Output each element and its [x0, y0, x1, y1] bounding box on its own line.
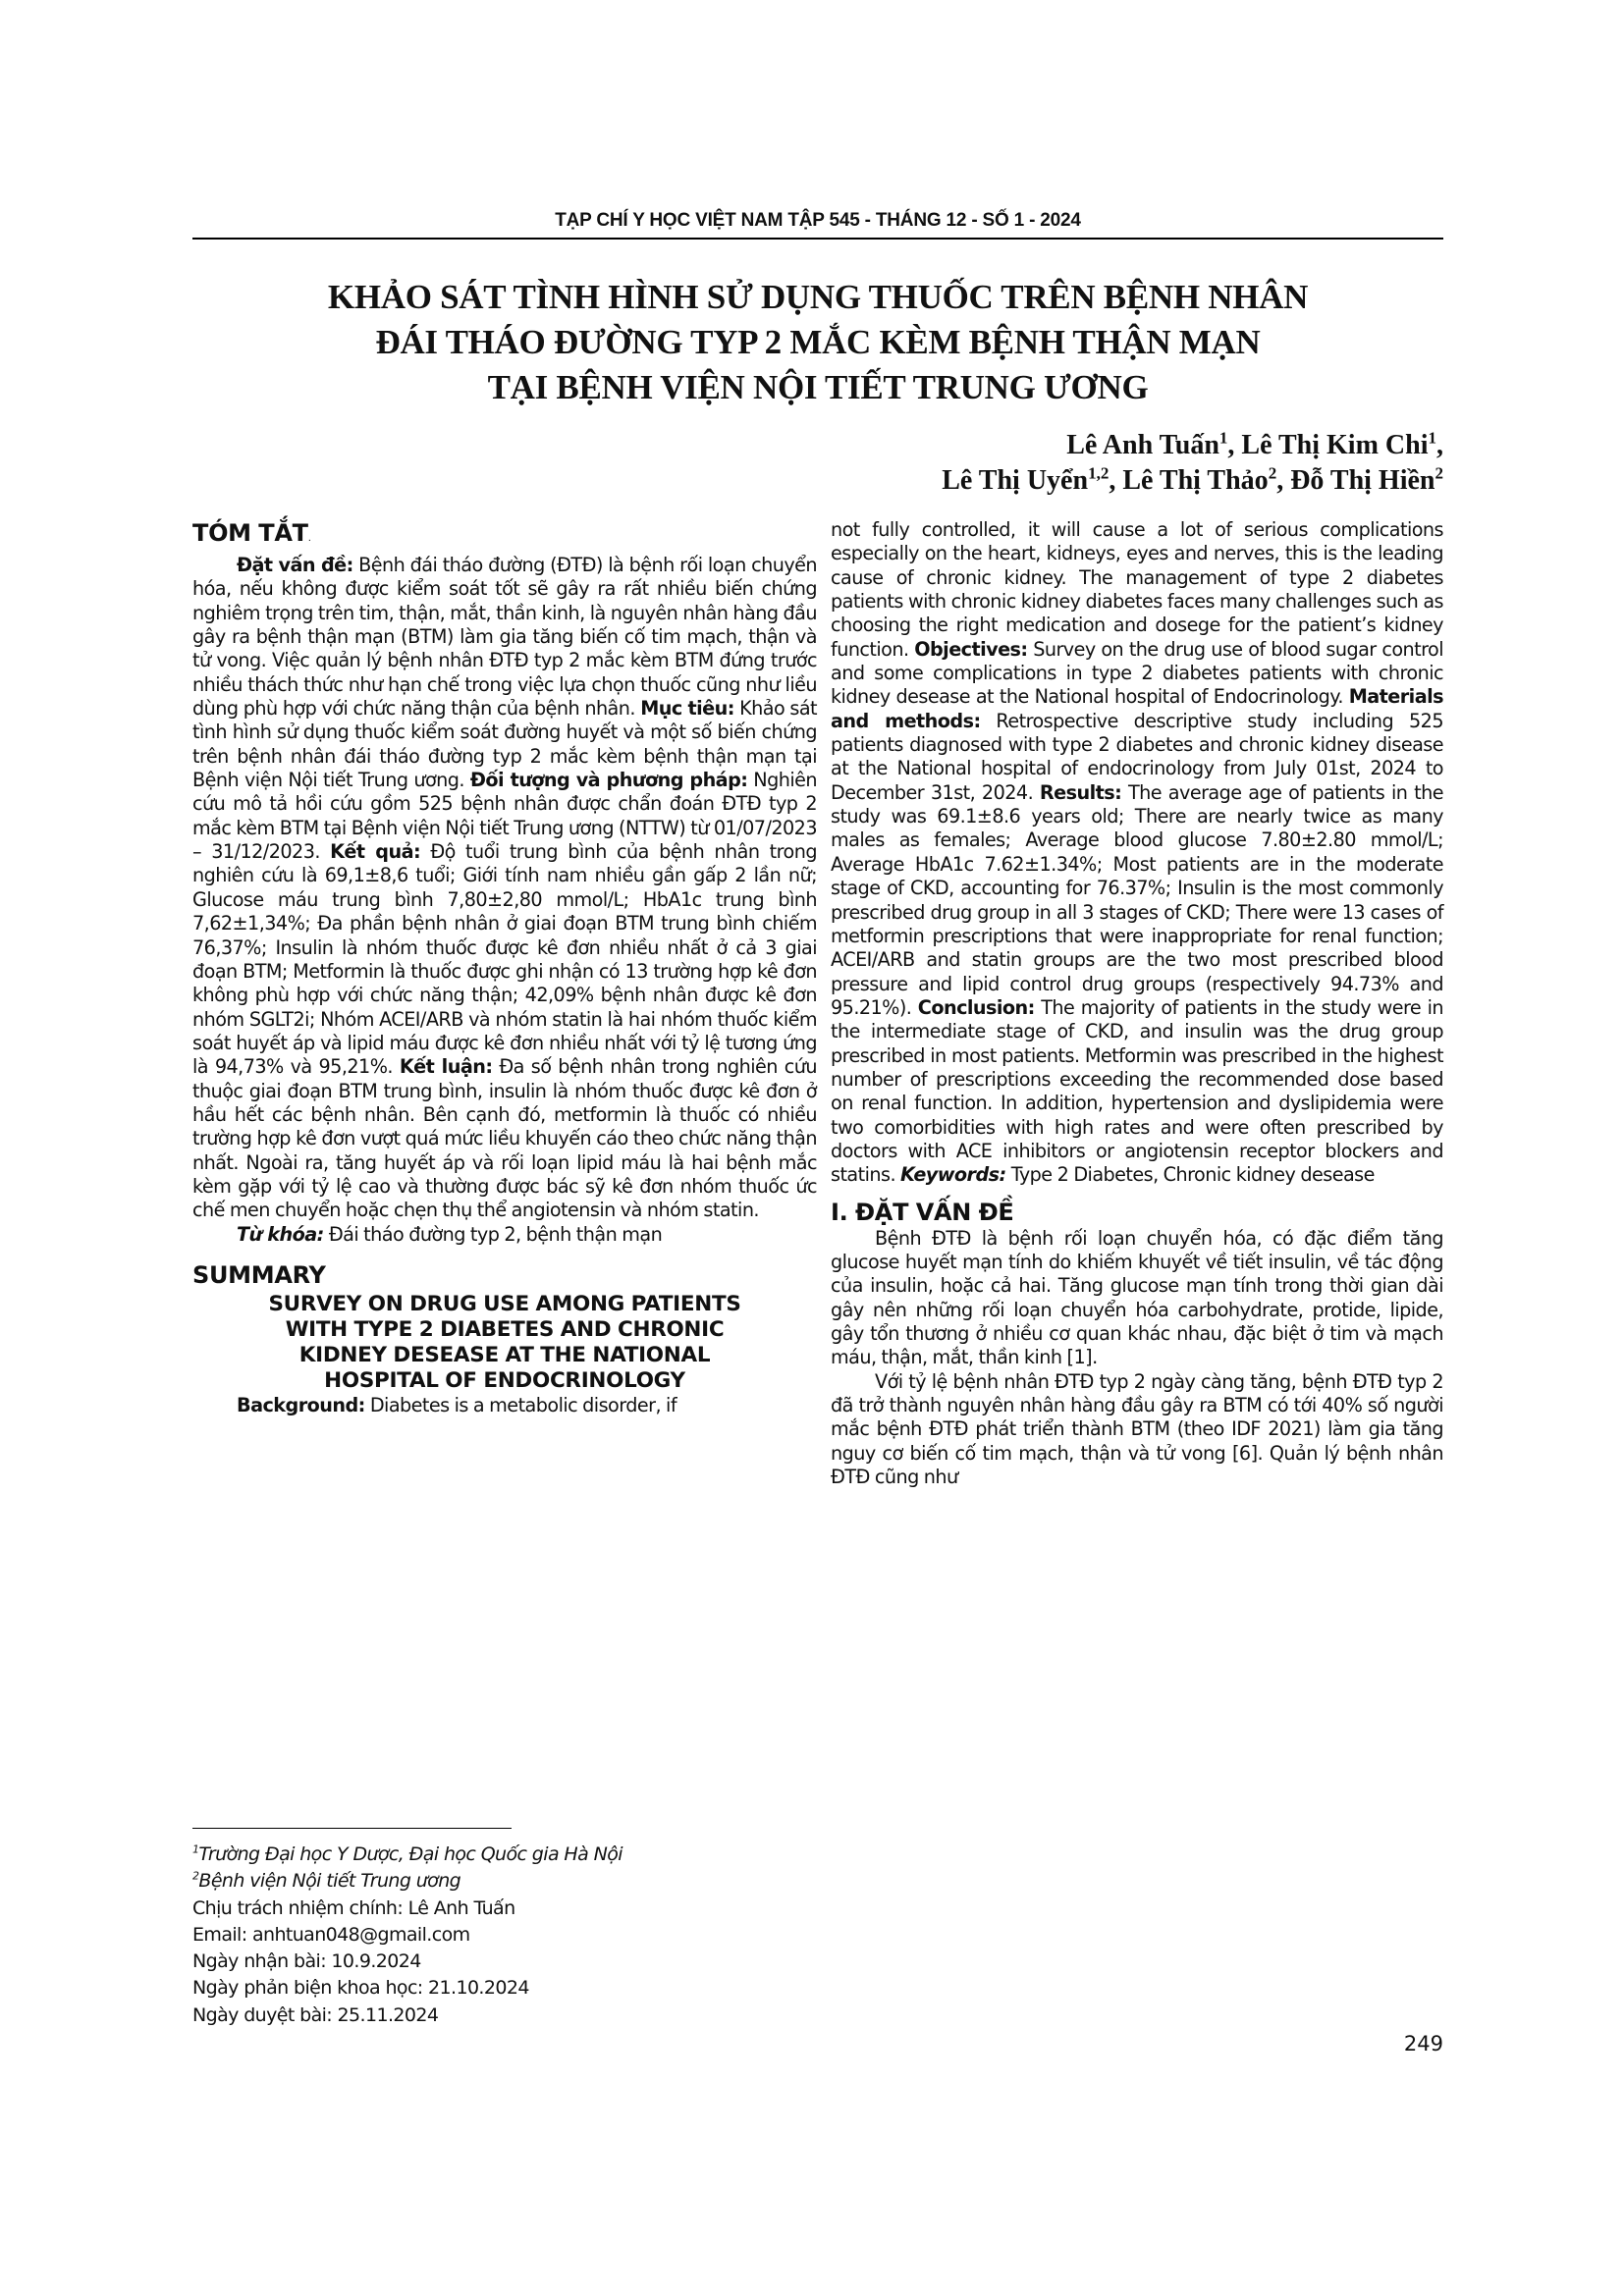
affiliation-text: Trường Đại học Y Dược, Đại học Quốc gia … — [198, 1843, 623, 1865]
label-results-en: Results: — [1040, 781, 1121, 804]
text-results-en: The average age of patients in the study… — [831, 781, 1443, 1019]
section-1-paragraph: Bệnh ĐTĐ là bệnh rối loạn chuyển hóa, có… — [831, 1227, 1443, 1370]
title-line: ĐÁI THÁO ĐƯỜNG TYP 2 MẮC KÈM BỆNH THẬN M… — [192, 320, 1443, 365]
text-conclusion-en: The majority of patients in the study we… — [831, 996, 1443, 1186]
spacer — [192, 1247, 817, 1260]
abstract-en-heading: SUMMARY — [192, 1260, 817, 1290]
author-affiliation: 2 — [1435, 464, 1444, 483]
label-methods: Đối tượng và phương pháp: — [470, 769, 748, 791]
affiliation-2: 2Bệnh viện Nội tiết Trung ương — [192, 1868, 821, 1895]
text-keywords-en: Type 2 Diabetes, Chronic kidney desease — [1006, 1163, 1375, 1186]
text-keywords: Đái tháo đường typ 2, bệnh thận mạn — [324, 1223, 662, 1246]
abstract-vi-heading: TÓM TẮT. — [192, 518, 817, 554]
abstract-vi-body: Đặt vấn đề: Bệnh đái tháo đường (ĐTĐ) là… — [192, 554, 817, 1223]
abstract-en-body-start: Background: Diabetes is a metabolic diso… — [192, 1394, 817, 1417]
author-separator: , — [1227, 430, 1241, 460]
article-title: KHẢO SÁT TÌNH HÌNH SỬ DỤNG THUỐC TRÊN BỆ… — [192, 275, 1443, 410]
affiliation-text: Bệnh viện Nội tiết Trung ương — [198, 1870, 460, 1892]
label-background-en: Background: — [237, 1394, 365, 1416]
author-separator: , — [1109, 465, 1122, 496]
author-line-2: Lê Thị Uyển1,2, Lê Thị Thảo2, Đỗ Thị Hiề… — [942, 463, 1443, 499]
english-title-line: WITH TYPE 2 DIABETES AND CHRONIC — [192, 1317, 817, 1343]
author-separator: , — [1276, 465, 1290, 496]
label-objective: Mục tiêu: — [640, 697, 734, 720]
abstract-en-body: not fully controlled, it will cause a lo… — [831, 518, 1443, 1188]
right-column: not fully controlled, it will cause a lo… — [831, 518, 1443, 1489]
label-objectives: Objectives: — [914, 638, 1027, 661]
received-date: Ngày nhận bài: 10.9.2024 — [192, 1949, 821, 1975]
corresponding-author: Chịu trách nhiệm chính: Lê Anh Tuấn — [192, 1896, 821, 1922]
label-results: Kết quả: — [330, 840, 420, 863]
text-results: Độ tuổi trung bình của bệnh nhân trong n… — [192, 840, 817, 1078]
author-name: Lê Thị Kim Chi — [1241, 430, 1428, 460]
section-1-heading: I. ĐẶT VẤN ĐỀ — [831, 1198, 1443, 1227]
english-title-line: KIDNEY DESEASE AT THE NATIONAL — [192, 1343, 817, 1368]
author-separator: , — [1436, 430, 1443, 460]
author-list: Lê Anh Tuấn1, Lê Thị Kim Chi1, Lê Thị Uy… — [942, 428, 1443, 499]
footnote-divider — [192, 1828, 512, 1829]
author-affiliation: 1,2 — [1088, 464, 1109, 483]
left-column: TÓM TẮT. Đặt vấn đề: Bệnh đái tháo đường… — [192, 518, 817, 1417]
label-keywords-en: Keywords: — [900, 1163, 1006, 1186]
heading-suffix: . — [308, 533, 311, 544]
author-name: Lê Thị Uyển — [942, 465, 1088, 496]
author-name: Đỗ Thị Hiền — [1290, 465, 1435, 496]
section-1-paragraph: Với tỷ lệ bệnh nhân ĐTĐ typ 2 ngày càng … — [831, 1370, 1443, 1490]
text-background-en: Diabetes is a metabolic disorder, if — [365, 1394, 677, 1416]
reviewed-date: Ngày phản biện khoa học: 21.10.2024 — [192, 1975, 821, 2002]
title-line: TẠI BỆNH VIỆN NỘI TIẾT TRUNG ƯƠNG — [192, 365, 1443, 410]
label-background: Đặt vấn đề: — [237, 554, 353, 576]
abstract-vi-keywords: Từ khóa: Đái tháo đường typ 2, bệnh thận… — [192, 1223, 817, 1247]
text-conclusion: Đa số bệnh nhân trong nghiên cứu thuộc g… — [192, 1055, 817, 1221]
contact-email[interactable]: Email: anhtuan048@gmail.com — [192, 1922, 821, 1949]
text-background: Bệnh đái tháo đường (ĐTĐ) là bệnh rối lo… — [192, 554, 817, 720]
accepted-date: Ngày duyệt bài: 25.11.2024 — [192, 2002, 821, 2029]
english-title-line: SURVEY ON DRUG USE AMONG PATIENTS — [192, 1292, 817, 1317]
affiliation-1: 1Trường Đại học Y Dược, Đại học Quốc gia… — [192, 1842, 821, 1868]
english-title: SURVEY ON DRUG USE AMONG PATIENTS WITH T… — [192, 1292, 817, 1394]
spacer — [831, 1188, 1443, 1198]
page-number: 249 — [1404, 2032, 1443, 2056]
header-divider — [192, 238, 1443, 240]
journal-header: TẠP CHÍ Y HỌC VIỆT NAM TẬP 545 - THÁNG 1… — [192, 210, 1443, 232]
author-affiliation: 2 — [1269, 464, 1277, 483]
label-conclusion: Kết luận: — [400, 1055, 493, 1078]
english-title-line: HOSPITAL OF ENDOCRINOLOGY — [192, 1368, 817, 1394]
author-line-1: Lê Anh Tuấn1, Lê Thị Kim Chi1, — [942, 428, 1443, 463]
author-affiliation: 1 — [1429, 429, 1437, 448]
label-keywords: Từ khóa: — [237, 1223, 324, 1246]
author-name: Lê Anh Tuấn — [1066, 430, 1219, 460]
author-name: Lê Thị Thảo — [1122, 465, 1268, 496]
label-conclusion-en: Conclusion: — [918, 996, 1035, 1019]
title-line: KHẢO SÁT TÌNH HÌNH SỬ DỤNG THUỐC TRÊN BỆ… — [192, 275, 1443, 320]
heading-text: TÓM TẮT — [192, 519, 308, 547]
footnotes: 1Trường Đại học Y Dược, Đại học Quốc gia… — [192, 1842, 821, 2029]
